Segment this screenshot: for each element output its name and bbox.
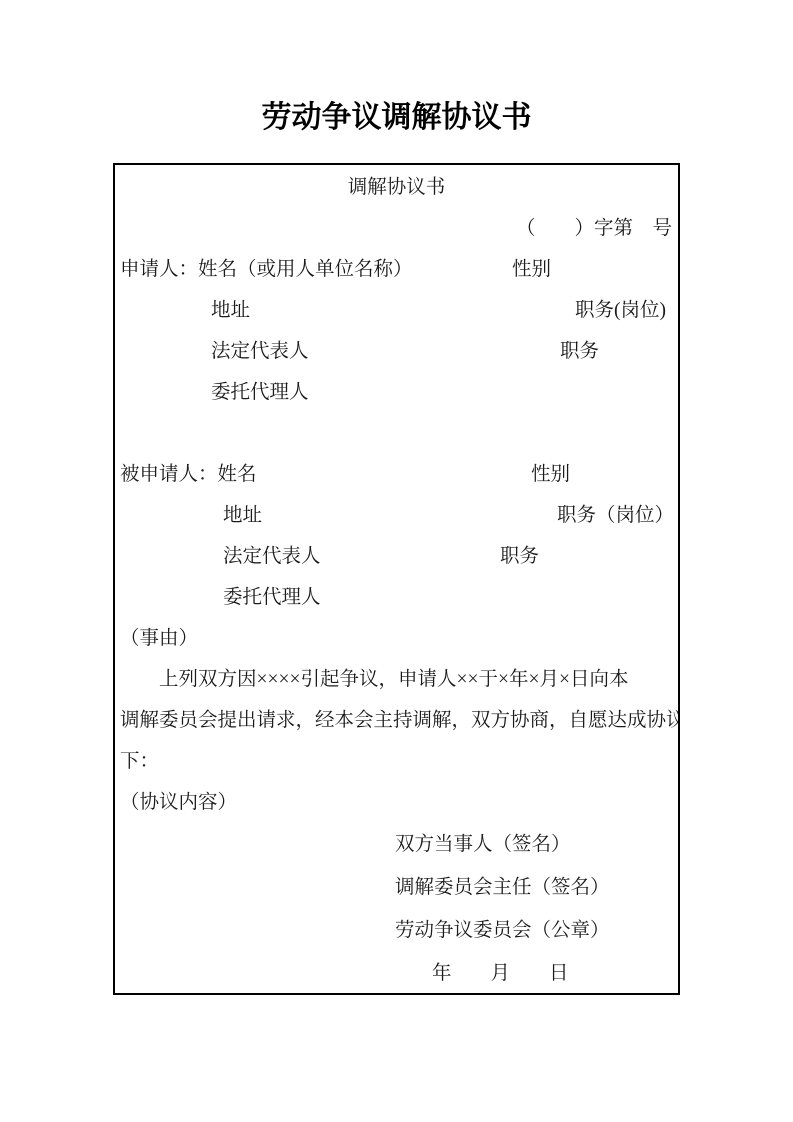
respondent-duty-label: 职务 [500,536,539,577]
body-paragraph: 上列双方因××××引起争议，申请人××于×年×月×日向本 调解委员会提出请求，经… [115,659,678,782]
applicant-gender-label: 性别 [512,249,551,290]
applicant-duty-label: 职务 [560,331,599,372]
signature-committee-row: 劳动争议委员会（公章） [115,909,678,952]
reason-label-row: （事由） [115,618,678,659]
applicant-address-label: 地址 [211,290,250,331]
form-heading: 调解协议书 [115,167,678,208]
date-row: 年 月 日 [115,952,678,995]
respondent-agent-label: 委托代理人 [223,577,321,618]
applicant-name-label: 申请人：姓名（或用人单位名称） [120,249,413,290]
respondent-address-row: 地址 职务（岗位） [115,495,678,536]
date-line: 年 月 日 [432,952,569,995]
document-page: 劳动争议调解协议书 调解协议书 （ ）字第 号 申请人：姓名（或用人单位名称） … [0,0,793,1122]
applicant-position-label: 职务(岗位) [575,290,666,331]
applicant-name-row: 申请人：姓名（或用人单位名称） 性别 [115,249,678,290]
reason-label: （事由） [120,618,198,659]
applicant-legal-rep-row: 法定代表人 职务 [115,331,678,372]
respondent-address-label: 地址 [223,495,262,536]
respondent-legal-rep-row: 法定代表人 职务 [115,536,678,577]
applicant-agent-label: 委托代理人 [211,372,309,413]
respondent-name-row: 被申请人：姓名 性别 [115,454,678,495]
respondent-gender-label: 性别 [531,454,570,495]
respondent-agent-row: 委托代理人 [115,577,678,618]
agreement-form-box: 调解协议书 （ ）字第 号 申请人：姓名（或用人单位名称） 性别 地址 职务(岗… [113,163,680,995]
page-title: 劳动争议调解协议书 [0,0,793,136]
applicant-agent-row: 委托代理人 [115,372,678,413]
respondent-name-label: 被申请人：姓名 [120,454,257,495]
signature-committee-label: 劳动争议委员会（公章） [395,909,610,952]
respondent-legal-rep-label: 法定代表人 [223,536,321,577]
agreement-label-row: （协议内容） [115,782,678,823]
applicant-legal-rep-label: 法定代表人 [211,331,309,372]
applicant-address-row: 地址 职务(岗位) [115,290,678,331]
doc-number-line: （ ）字第 号 [115,208,678,249]
signature-parties-label: 双方当事人（签名） [395,823,571,866]
respondent-position-label: 职务（岗位） [557,495,674,536]
section-spacer [115,413,678,454]
signature-chairman-row: 调解委员会主任（签名） [115,866,678,909]
signature-parties-row: 双方当事人（签名） [115,823,678,866]
signature-chairman-label: 调解委员会主任（签名） [395,866,610,909]
agreement-label: （协议内容） [120,782,237,823]
